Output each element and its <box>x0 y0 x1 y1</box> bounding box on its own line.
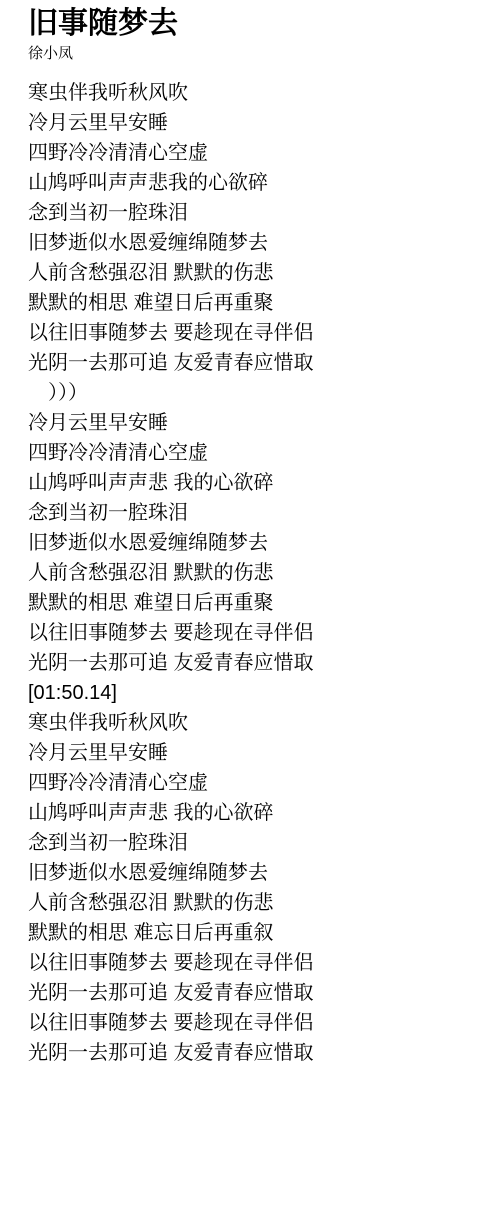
lyric-line: 山鸠呼叫声声悲我的心欲碎 <box>28 168 480 198</box>
lyric-line: 念到当初一腔珠泪 <box>28 498 480 528</box>
lyric-line: 四野冷冷清清心空虚 <box>28 438 480 468</box>
lyrics-page: 旧事随梦去 徐小凤 寒虫伴我听秋风吹冷月云里早安睡四野冷冷清清心空虚山鸠呼叫声声… <box>0 0 500 1068</box>
lyric-line: ））） <box>28 378 480 408</box>
lyric-line: 旧梦逝似水恩爱缠绵随梦去 <box>28 858 480 888</box>
lyric-line: 寒虫伴我听秋风吹 <box>28 78 480 108</box>
lyric-line: 光阴一去那可追 友爱青春应惜取 <box>28 348 480 378</box>
lyric-line: 光阴一去那可追 友爱青春应惜取 <box>28 648 480 678</box>
lyric-line: 以往旧事随梦去 要趁现在寻伴侣 <box>28 318 480 348</box>
lyric-line: 四野冷冷清清心空虚 <box>28 768 480 798</box>
lyric-line: 人前含愁强忍泪 默默的伤悲 <box>28 558 480 588</box>
lyric-line: 寒虫伴我听秋风吹 <box>28 708 480 738</box>
lyric-line: 以往旧事随梦去 要趁现在寻伴侣 <box>28 1008 480 1038</box>
artist-name: 徐小凤 <box>28 44 480 64</box>
lyric-line: 光阴一去那可追 友爱青春应惜取 <box>28 978 480 1008</box>
lyric-line: 念到当初一腔珠泪 <box>28 198 480 228</box>
lyric-line: 冷月云里早安睡 <box>28 738 480 768</box>
lyric-timestamp: [01:50.14] <box>28 678 480 708</box>
lyric-line: 旧梦逝似水恩爱缠绵随梦去 <box>28 528 480 558</box>
page-title: 旧事随梦去 <box>28 6 480 42</box>
lyric-line: 人前含愁强忍泪 默默的伤悲 <box>28 888 480 918</box>
lyric-line: 默默的相思 难望日后再重聚 <box>28 588 480 618</box>
lyric-line: 以往旧事随梦去 要趁现在寻伴侣 <box>28 618 480 648</box>
lyric-line: 以往旧事随梦去 要趁现在寻伴侣 <box>28 948 480 978</box>
lyric-line: 山鸠呼叫声声悲 我的心欲碎 <box>28 468 480 498</box>
lyric-line: 念到当初一腔珠泪 <box>28 828 480 858</box>
lyric-line: 默默的相思 难望日后再重聚 <box>28 288 480 318</box>
lyric-line: 冷月云里早安睡 <box>28 108 480 138</box>
lyric-line: 人前含愁强忍泪 默默的伤悲 <box>28 258 480 288</box>
lyric-line: 四野冷冷清清心空虚 <box>28 138 480 168</box>
lyric-line: 旧梦逝似水恩爱缠绵随梦去 <box>28 228 480 258</box>
lyric-line: 默默的相思 难忘日后再重叙 <box>28 918 480 948</box>
lyric-line: 冷月云里早安睡 <box>28 408 480 438</box>
lyric-line: 光阴一去那可追 友爱青春应惜取 <box>28 1038 480 1068</box>
lyric-line: 山鸠呼叫声声悲 我的心欲碎 <box>28 798 480 828</box>
lyrics: 寒虫伴我听秋风吹冷月云里早安睡四野冷冷清清心空虚山鸠呼叫声声悲我的心欲碎念到当初… <box>28 78 480 1068</box>
